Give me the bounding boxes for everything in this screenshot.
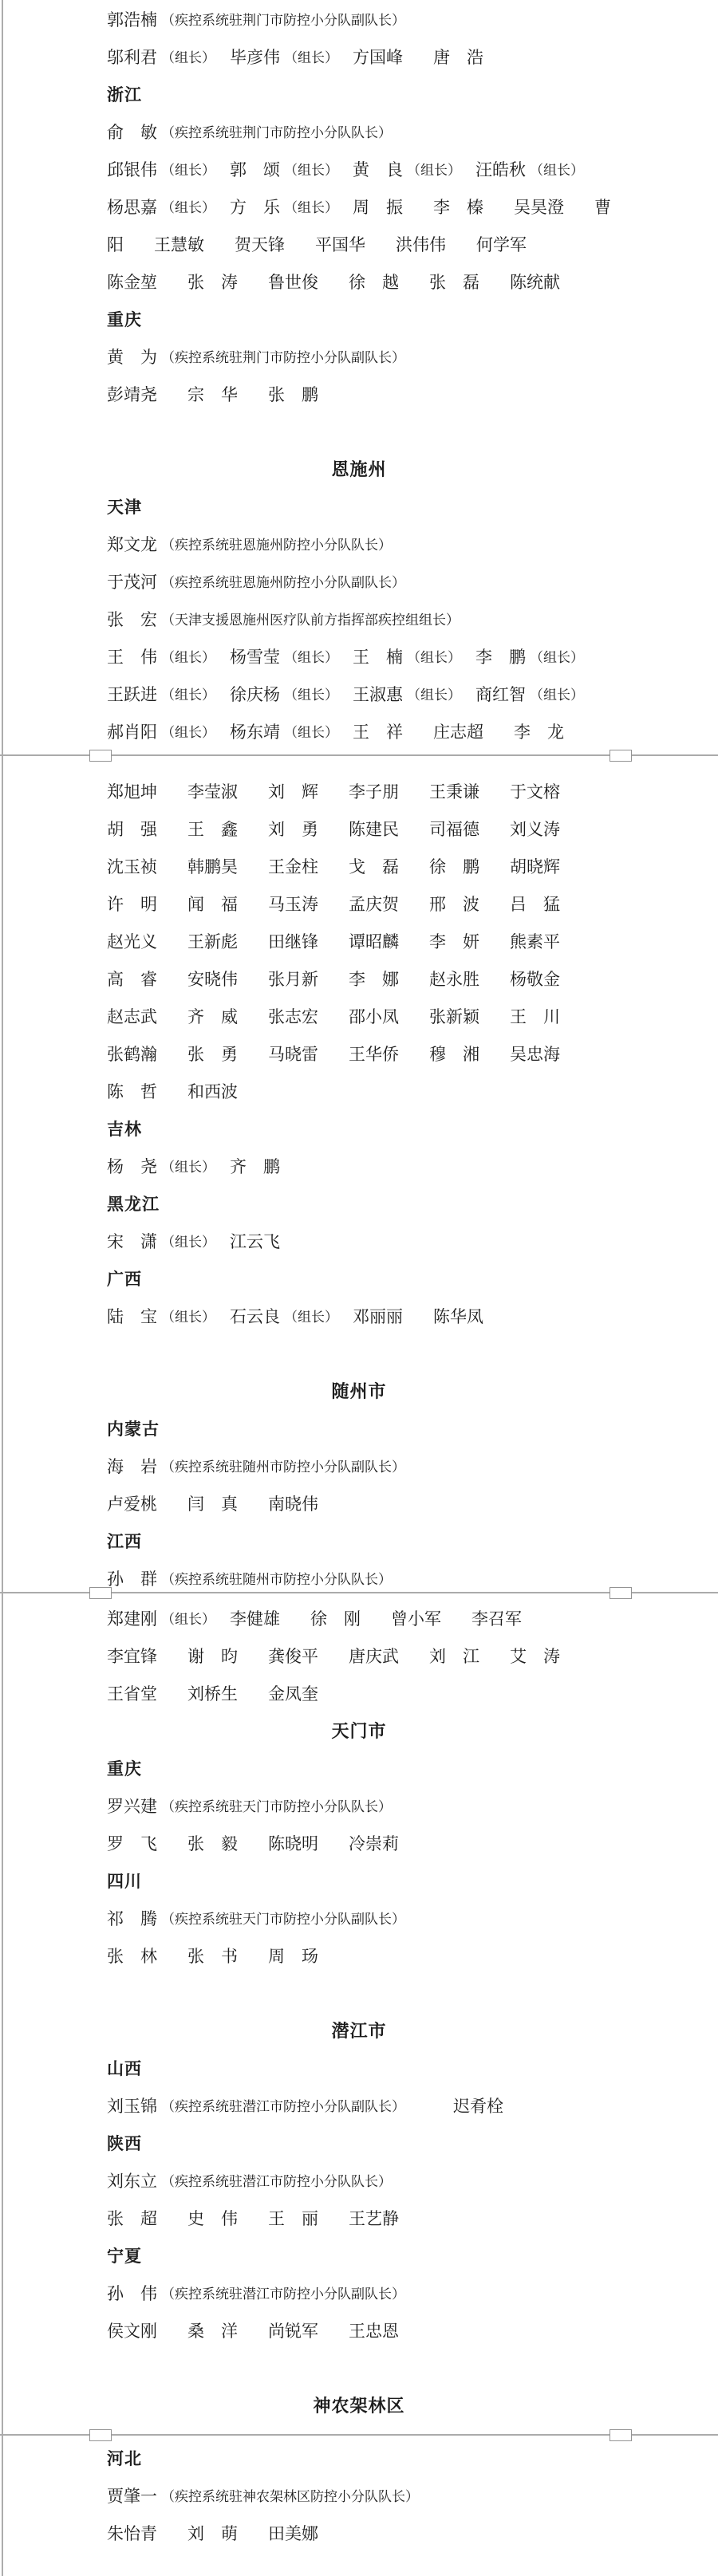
role-label: （天津支援恩施州医疗队前方指挥部疾控组组长） bbox=[161, 609, 460, 628]
role-label: （疾控系统驻神农架林区防控小分队队长） bbox=[161, 2485, 419, 2505]
header-text: 随州市 bbox=[331, 1378, 386, 1403]
province-header: 陕西 bbox=[0, 2124, 718, 2161]
role-label: （组长） bbox=[161, 1608, 215, 1628]
role-label: （组长） bbox=[407, 646, 461, 666]
person-name: 谢 昀 bbox=[187, 1644, 238, 1668]
person-name: 于文榕 bbox=[510, 779, 560, 803]
person-name: 郑建刚 bbox=[107, 1606, 157, 1630]
roster-line: 侯文刚桑 洋尚锐军王忠恩 bbox=[0, 2311, 718, 2349]
person-name: 王 楠 bbox=[353, 644, 403, 668]
person-name: 赵永胜 bbox=[429, 967, 479, 991]
person-name: 唐 浩 bbox=[433, 45, 483, 69]
person-name: 齐 威 bbox=[187, 1004, 238, 1028]
person-name: 赵光义 bbox=[107, 929, 157, 953]
roster-line: 杨 尧（组长）齐 鹏 bbox=[0, 1147, 718, 1184]
person-name: 李 妍 bbox=[429, 929, 479, 953]
role-label: （组长） bbox=[407, 683, 461, 703]
person-name: 李宜锋 bbox=[107, 1644, 157, 1668]
person-name: 张 毅 bbox=[187, 1831, 238, 1855]
person-name: 邢 波 bbox=[429, 892, 479, 916]
roster-line: 俞 敏（疾控系统驻荆门市防控小分队队长） bbox=[0, 112, 718, 150]
header-text: 内蒙古 bbox=[107, 1416, 160, 1440]
roster-line: 陆 宝（组长）石云良（组长）邓丽丽陈华凤 bbox=[0, 1297, 718, 1334]
role-label: （疾控系统驻潜江市防控小分队队长） bbox=[161, 2170, 392, 2190]
person-name: 方国峰 bbox=[353, 45, 403, 69]
person-name: 毕彦伟 bbox=[230, 45, 280, 69]
person-name: 汪皓秋 bbox=[475, 157, 526, 181]
roster-line: 郑旭坤李莹淑刘 辉李子朋王秉谦于文榕 bbox=[0, 772, 718, 809]
person-name: 马玉涛 bbox=[268, 892, 318, 916]
person-name: 齐 鹏 bbox=[230, 1154, 280, 1178]
person-name: 安晓伟 bbox=[187, 967, 238, 991]
person-name: 庄志超 bbox=[433, 719, 483, 743]
city-header: 随州市 bbox=[0, 1372, 718, 1409]
page-margin-corner-mark bbox=[89, 750, 112, 762]
document-page-1: 郭浩楠（疾控系统驻荆门市防控小分队副队长）邬利君（组长）毕彦伟（组长）方国峰唐 … bbox=[0, 0, 718, 750]
person-name: 邓丽丽 bbox=[353, 1304, 403, 1328]
roster-line: 胡 强王 鑫刘 勇陈建民司福德刘义涛 bbox=[0, 809, 718, 847]
person-name: 艾 涛 bbox=[510, 1644, 560, 1668]
person-name: 杨 尧 bbox=[107, 1154, 157, 1178]
person-name: 桑 洋 bbox=[187, 2318, 238, 2342]
role-label: （疾控系统驻荆门市防控小分队副队长） bbox=[161, 9, 405, 29]
roster-line: 赵志武齐 威张志宏邵小凤张新颖王 川 bbox=[0, 997, 718, 1034]
roster-line: 郑建刚（组长）李健雄徐 刚曾小军李召军 bbox=[0, 1599, 718, 1637]
roster-line: 王省堂刘桥生金凤奎 bbox=[0, 1674, 718, 1711]
province-header: 内蒙古 bbox=[0, 1409, 718, 1447]
roster-line: 张 超史 伟王 丽王艺静 bbox=[0, 2199, 718, 2236]
person-name: 田美娜 bbox=[268, 2521, 318, 2545]
person-name: 杨东靖 bbox=[230, 719, 280, 743]
role-label: （组长） bbox=[161, 1231, 215, 1251]
person-name: 刘 江 bbox=[429, 1644, 479, 1668]
province-header: 浙江 bbox=[0, 75, 718, 112]
roster-line: 宋 潇（组长）江云飞 bbox=[0, 1222, 718, 1259]
person-name: 谭昭麟 bbox=[349, 929, 399, 953]
role-label: （组长） bbox=[284, 721, 338, 741]
person-name: 刘东立 bbox=[107, 2168, 157, 2192]
person-name: 穆 湘 bbox=[429, 1042, 479, 1065]
person-name: 曹 bbox=[594, 195, 611, 219]
person-name: 徐庆杨 bbox=[230, 682, 280, 706]
person-name: 王淑惠 bbox=[353, 682, 403, 706]
person-name: 陈 哲 bbox=[107, 1079, 157, 1103]
header-text: 山西 bbox=[107, 2056, 142, 2080]
role-label: （组长） bbox=[161, 721, 215, 741]
page-break-separator bbox=[0, 1592, 718, 1593]
roster-line: 沈玉祯韩鹏昊王金柱戈 磊徐 鹏胡晓辉 bbox=[0, 847, 718, 884]
person-name: 卢爱桃 bbox=[107, 1491, 157, 1515]
person-name: 许 明 bbox=[107, 892, 157, 916]
header-text: 江西 bbox=[107, 1529, 142, 1553]
role-label: （疾控系统驻随州市防控小分队副队长） bbox=[161, 1455, 405, 1475]
person-name: 胡晓辉 bbox=[510, 854, 560, 878]
role-label: （组长） bbox=[161, 646, 215, 666]
roster-line: 张鹤瀚张 勇马晓雷王华侨穆 湘吴忠海 bbox=[0, 1034, 718, 1072]
person-name: 张 书 bbox=[187, 1944, 238, 1967]
person-name: 徐 越 bbox=[349, 270, 399, 293]
roster-line: 刘玉锦（疾控系统驻潜江市防控小分队副队长） 迟肴栓 bbox=[0, 2086, 718, 2124]
person-name: 李莹淑 bbox=[187, 779, 238, 803]
person-name: 孙 群 bbox=[107, 1566, 157, 1590]
page-margin-corner-mark bbox=[610, 1587, 632, 1599]
person-name: 李 鹏 bbox=[475, 644, 526, 668]
person-name: 尚锐军 bbox=[268, 2318, 318, 2342]
province-header: 河北 bbox=[0, 2439, 718, 2476]
roster-line: 朱怡青刘 萌田美娜 bbox=[0, 2514, 718, 2551]
person-name: 张 磊 bbox=[429, 270, 479, 293]
person-name: 邱银伟 bbox=[107, 157, 157, 181]
header-text: 浙江 bbox=[107, 82, 142, 106]
person-name: 金凤奎 bbox=[268, 1681, 318, 1705]
person-name: 郭 颂 bbox=[230, 157, 280, 181]
person-name: 鲁世俊 bbox=[268, 270, 318, 293]
person-name: 黄 良 bbox=[353, 157, 403, 181]
header-text: 宁夏 bbox=[107, 2243, 142, 2267]
roster-line: 许 明闻 福马玉涛孟庆贺邢 波吕 猛 bbox=[0, 884, 718, 922]
person-name: 闫 真 bbox=[187, 1491, 238, 1515]
person-name: 陈建民 bbox=[349, 817, 399, 841]
person-name: 胡 强 bbox=[107, 817, 157, 841]
person-name: 徐 鹏 bbox=[429, 854, 479, 878]
role-label: （组长） bbox=[284, 196, 338, 216]
person-name: 郑旭坤 bbox=[107, 779, 157, 803]
person-name: 孟庆贺 bbox=[349, 892, 399, 916]
person-name: 朱怡青 bbox=[107, 2521, 157, 2545]
person-name: 周 振 bbox=[353, 195, 403, 219]
page-margin-corner-mark bbox=[89, 1587, 112, 1599]
role-label: （疾控系统驻恩施州防控小分队副队长） bbox=[161, 571, 405, 591]
header-text: 重庆 bbox=[107, 307, 142, 331]
person-name: 沈玉祯 bbox=[107, 854, 157, 878]
role-label: （疾控系统驻潜江市防控小分队副队长） bbox=[161, 2095, 405, 2115]
person-name: 周 玚 bbox=[268, 1944, 318, 1967]
role-label: （疾控系统驻天门市防控小分队队长） bbox=[161, 1795, 392, 1815]
person-name: 张 勇 bbox=[187, 1042, 238, 1065]
person-name: 王省堂 bbox=[107, 1681, 157, 1705]
person-name: 赵志武 bbox=[107, 1004, 157, 1028]
person-name: 张鹤瀚 bbox=[107, 1042, 157, 1065]
person-name: 陈华凤 bbox=[433, 1304, 483, 1328]
role-label: （组长） bbox=[530, 159, 584, 179]
person-name: 吴忠海 bbox=[510, 1042, 560, 1065]
role-label: （组长） bbox=[161, 159, 215, 179]
person-name: 杨敬金 bbox=[510, 967, 560, 991]
person-name: 闻 福 bbox=[187, 892, 238, 916]
person-name: 吴昊澄 bbox=[514, 195, 564, 219]
person-name: 王 川 bbox=[510, 1004, 560, 1028]
person-name: 田继锋 bbox=[268, 929, 318, 953]
person-name: 刘 萌 bbox=[187, 2521, 238, 2545]
role-label: （疾控系统驻天门市防控小分队副队长） bbox=[161, 1908, 405, 1928]
person-name: 高 睿 bbox=[107, 967, 157, 991]
role-label: （组长） bbox=[161, 196, 215, 216]
roster-line: 陈金堃张 涛鲁世俊徐 越张 磊陈统献 bbox=[0, 262, 718, 300]
person-name: 刘桥生 bbox=[187, 1681, 238, 1705]
person-name: 王慧敏 bbox=[154, 232, 204, 256]
page-margin-corner-mark bbox=[610, 750, 632, 762]
roster-line: 黄 为（疾控系统驻荆门市防控小分队副队长） bbox=[0, 337, 718, 375]
province-header: 四川 bbox=[0, 1861, 718, 1899]
person-name: 王华侨 bbox=[349, 1042, 399, 1065]
role-label: （组长） bbox=[284, 683, 338, 703]
role-label: （组长） bbox=[284, 1306, 338, 1325]
roster-line: 杨思嘉（组长）方 乐（组长）周 振李 榛吴昊澄曹 bbox=[0, 187, 718, 225]
person-name: 陈晓明 bbox=[268, 1831, 318, 1855]
person-name: 李健雄 bbox=[230, 1606, 280, 1630]
person-name: 于茂河 bbox=[107, 569, 157, 593]
province-header: 广西 bbox=[0, 1259, 718, 1297]
province-header: 吉林 bbox=[0, 1109, 718, 1147]
roster-line: 海 岩（疾控系统驻随州市防控小分队副队长） bbox=[0, 1447, 718, 1484]
document-page-4: 河北贾肇一（疾控系统驻神农架林区防控小分队队长）朱怡青刘 萌田美娜 bbox=[0, 2439, 718, 2551]
header-text: 广西 bbox=[107, 1266, 142, 1290]
roster-line: 孙 伟（疾控系统驻潜江市防控小分队副队长） bbox=[0, 2274, 718, 2311]
person-name: 马晓雷 bbox=[268, 1042, 318, 1065]
person-name: 商红智 bbox=[475, 682, 526, 706]
person-name: 和西波 bbox=[187, 1079, 238, 1103]
province-header: 黑龙江 bbox=[0, 1184, 718, 1222]
roster-line: 郝肖阳（组长）杨东靖（组长）王 祥庄志超李 龙 bbox=[0, 712, 718, 750]
roster-line: 于茂河（疾控系统驻恩施州防控小分队副队长） bbox=[0, 562, 718, 600]
role-label: （组长） bbox=[161, 1306, 215, 1325]
person-name: 贺天锋 bbox=[235, 232, 285, 256]
person-name: 张志宏 bbox=[268, 1004, 318, 1028]
document-page-2: 郑旭坤李莹淑刘 辉李子朋王秉谦于文榕胡 强王 鑫刘 勇陈建民司福德刘义涛沈玉祯韩… bbox=[0, 772, 718, 1597]
person-name: 韩鹏昊 bbox=[187, 854, 238, 878]
role-label: （疾控系统驻随州市防控小分队队长） bbox=[161, 1568, 392, 1588]
roster-line: 刘东立（疾控系统驻潜江市防控小分队队长） bbox=[0, 2161, 718, 2199]
province-header: 重庆 bbox=[0, 300, 718, 337]
role-label: （疾控系统驻荆门市防控小分队队长） bbox=[161, 121, 392, 141]
person-name: 李 榛 bbox=[433, 195, 483, 219]
person-name: 黄 为 bbox=[107, 345, 157, 368]
person-name: 何学军 bbox=[476, 232, 527, 256]
person-name: 熊素平 bbox=[510, 929, 560, 953]
roster-line: 祁 腾（疾控系统驻天门市防控小分队副队长） bbox=[0, 1899, 718, 1936]
role-label: （组长） bbox=[407, 159, 461, 179]
person-name: 杨雪莹 bbox=[230, 644, 280, 668]
roster-line: 邬利君（组长）毕彦伟（组长）方国峰唐 浩 bbox=[0, 37, 718, 75]
person-name: 孙 伟 bbox=[107, 2281, 157, 2305]
roster-line: 彭靖尧宗 华张 鹏 bbox=[0, 375, 718, 412]
role-label: （组长） bbox=[161, 1156, 215, 1176]
person-name: 王秉谦 bbox=[429, 779, 479, 803]
person-name: 迟肴栓 bbox=[420, 2093, 503, 2117]
person-name: 邬利君 bbox=[107, 45, 157, 69]
city-header: 潜江市 bbox=[0, 2011, 718, 2049]
page-break-separator bbox=[0, 754, 718, 756]
person-name: 张 鹏 bbox=[268, 382, 318, 406]
person-name: 罗 飞 bbox=[107, 1831, 157, 1855]
person-name: 张 超 bbox=[107, 2206, 157, 2230]
person-name: 陈金堃 bbox=[107, 270, 157, 293]
city-header: 天门市 bbox=[0, 1711, 718, 1749]
person-name: 李子朋 bbox=[349, 779, 399, 803]
person-name: 刘 辉 bbox=[268, 779, 318, 803]
person-name: 陈统献 bbox=[510, 270, 560, 293]
person-name: 冷崇莉 bbox=[349, 1831, 399, 1855]
person-name: 彭靖尧 bbox=[107, 382, 157, 406]
roster-line: 邱银伟（组长）郭 颂（组长）黄 良（组长）汪皓秋（组长） bbox=[0, 150, 718, 187]
header-text: 潜江市 bbox=[331, 2018, 386, 2042]
person-name: 刘 勇 bbox=[268, 817, 318, 841]
header-text: 重庆 bbox=[107, 1756, 142, 1780]
role-label: （组长） bbox=[284, 159, 338, 179]
person-name: 平国华 bbox=[315, 232, 365, 256]
roster-line: 高 睿安晓伟张月新李 娜赵永胜杨敬金 bbox=[0, 959, 718, 997]
person-name: 龚俊平 bbox=[268, 1644, 318, 1668]
person-name: 李 龙 bbox=[514, 719, 564, 743]
role-label: （疾控系统驻潜江市防控小分队副队长） bbox=[161, 2283, 405, 2302]
person-name: 郭浩楠 bbox=[107, 7, 157, 31]
roster-line: 卢爱桃闫 真南晓伟 bbox=[0, 1484, 718, 1522]
city-header: 恩施州 bbox=[0, 450, 718, 487]
role-label: （组长） bbox=[530, 683, 584, 703]
province-header: 重庆 bbox=[0, 1749, 718, 1786]
role-label: （组长） bbox=[161, 46, 215, 66]
person-name: 杨思嘉 bbox=[107, 195, 157, 219]
roster-line: 罗兴建（疾控系统驻天门市防控小分队队长） bbox=[0, 1786, 718, 1824]
person-name: 江云飞 bbox=[230, 1229, 280, 1253]
person-name: 郝肖阳 bbox=[107, 719, 157, 743]
person-name: 郑文龙 bbox=[107, 532, 157, 556]
page-break-separator bbox=[0, 2434, 718, 2436]
person-name: 王艺静 bbox=[349, 2206, 399, 2230]
person-name: 王金柱 bbox=[268, 854, 318, 878]
person-name: 侯文刚 bbox=[107, 2318, 157, 2342]
person-name: 洪伟伟 bbox=[396, 232, 446, 256]
person-name: 贾肇一 bbox=[107, 2483, 157, 2507]
province-header: 宁夏 bbox=[0, 2236, 718, 2274]
roster-line: 王 伟（组长）杨雪莹（组长）王 楠（组长）李 鹏（组长） bbox=[0, 637, 718, 675]
header-text: 河北 bbox=[107, 2446, 142, 2470]
person-name: 张新颖 bbox=[429, 1004, 479, 1028]
header-text: 恩施州 bbox=[331, 456, 386, 481]
person-name: 王 丽 bbox=[268, 2206, 318, 2230]
person-name: 祁 腾 bbox=[107, 1906, 157, 1930]
header-text: 天门市 bbox=[331, 1718, 386, 1743]
person-name: 曾小军 bbox=[391, 1606, 441, 1630]
person-name: 李召军 bbox=[471, 1606, 522, 1630]
person-name: 陆 宝 bbox=[107, 1304, 157, 1328]
roster-line: 李宜锋谢 昀龚俊平唐庆武刘 江艾 涛 bbox=[0, 1637, 718, 1674]
person-name: 唐庆武 bbox=[349, 1644, 399, 1668]
header-text: 黑龙江 bbox=[107, 1191, 160, 1215]
person-name: 王忠恩 bbox=[349, 2318, 399, 2342]
person-name: 刘玉锦 bbox=[107, 2093, 157, 2117]
person-name: 刘义涛 bbox=[510, 817, 560, 841]
person-name: 方 乐 bbox=[230, 195, 280, 219]
person-name: 宗 华 bbox=[187, 382, 238, 406]
person-name: 王跃进 bbox=[107, 682, 157, 706]
person-name: 张 林 bbox=[107, 1944, 157, 1967]
person-name: 司福德 bbox=[429, 817, 479, 841]
person-name: 王 鑫 bbox=[187, 817, 238, 841]
person-name: 海 岩 bbox=[107, 1454, 157, 1478]
document-page-3: 郑建刚（组长）李健雄徐 刚曾小军李召军李宜锋谢 昀龚俊平唐庆武刘 江艾 涛王省堂… bbox=[0, 1599, 718, 2424]
roster-line: 陈 哲和西波 bbox=[0, 1072, 718, 1109]
roster-line: 贾肇一（疾控系统驻神农架林区防控小分队队长） bbox=[0, 2476, 718, 2514]
role-label: （组长） bbox=[284, 646, 338, 666]
person-name: 吕 猛 bbox=[510, 892, 560, 916]
person-name: 李 娜 bbox=[349, 967, 399, 991]
header-text: 天津 bbox=[107, 494, 142, 518]
person-name: 邵小凤 bbox=[349, 1004, 399, 1028]
person-name: 张月新 bbox=[268, 967, 318, 991]
roster-line: 赵光义王新彪田继锋谭昭麟李 妍熊素平 bbox=[0, 922, 718, 959]
person-name: 王 伟 bbox=[107, 644, 157, 668]
person-name: 戈 磊 bbox=[349, 854, 399, 878]
header-text: 陕西 bbox=[107, 2131, 142, 2155]
role-label: （组长） bbox=[530, 646, 584, 666]
header-text: 吉林 bbox=[107, 1117, 142, 1140]
role-label: （疾控系统驻荆门市防控小分队副队长） bbox=[161, 346, 405, 366]
roster-line: 阳王慧敏贺天锋平国华洪伟伟何学军 bbox=[0, 225, 718, 262]
person-name: 王 祥 bbox=[353, 719, 403, 743]
province-header: 天津 bbox=[0, 487, 718, 525]
person-name: 张 涛 bbox=[187, 270, 238, 293]
person-name: 张 宏 bbox=[107, 607, 157, 631]
person-name: 俞 敏 bbox=[107, 120, 157, 144]
role-label: （组长） bbox=[161, 683, 215, 703]
roster-line: 罗 飞张 毅陈晓明冷崇莉 bbox=[0, 1824, 718, 1861]
header-text: 四川 bbox=[107, 1869, 142, 1893]
roster-line: 郭浩楠（疾控系统驻荆门市防控小分队副队长） bbox=[0, 0, 718, 37]
person-name: 史 伟 bbox=[187, 2206, 238, 2230]
person-name: 宋 潇 bbox=[107, 1229, 157, 1253]
roster-line: 郑文龙（疾控系统驻恩施州防控小分队队长） bbox=[0, 525, 718, 562]
roster-line: 张 林张 书周 玚 bbox=[0, 1936, 718, 1974]
person-name: 石云良 bbox=[230, 1304, 280, 1328]
role-label: （疾控系统驻恩施州防控小分队队长） bbox=[161, 534, 392, 553]
person-name: 南晓伟 bbox=[268, 1491, 318, 1515]
person-name: 王新彪 bbox=[187, 929, 238, 953]
province-header: 山西 bbox=[0, 2049, 718, 2086]
city-header: 神农架林区 bbox=[0, 2386, 718, 2424]
person-name: 阳 bbox=[107, 232, 124, 256]
province-header: 江西 bbox=[0, 1522, 718, 1559]
roster-line: 张 宏（天津支援恩施州医疗队前方指挥部疾控组组长） bbox=[0, 600, 718, 637]
person-name: 徐 刚 bbox=[310, 1606, 361, 1630]
roster-line: 王跃进（组长）徐庆杨（组长）王淑惠（组长）商红智（组长） bbox=[0, 675, 718, 712]
person-name: 罗兴建 bbox=[107, 1794, 157, 1818]
header-text: 神农架林区 bbox=[313, 2393, 404, 2417]
role-label: （组长） bbox=[284, 46, 338, 66]
